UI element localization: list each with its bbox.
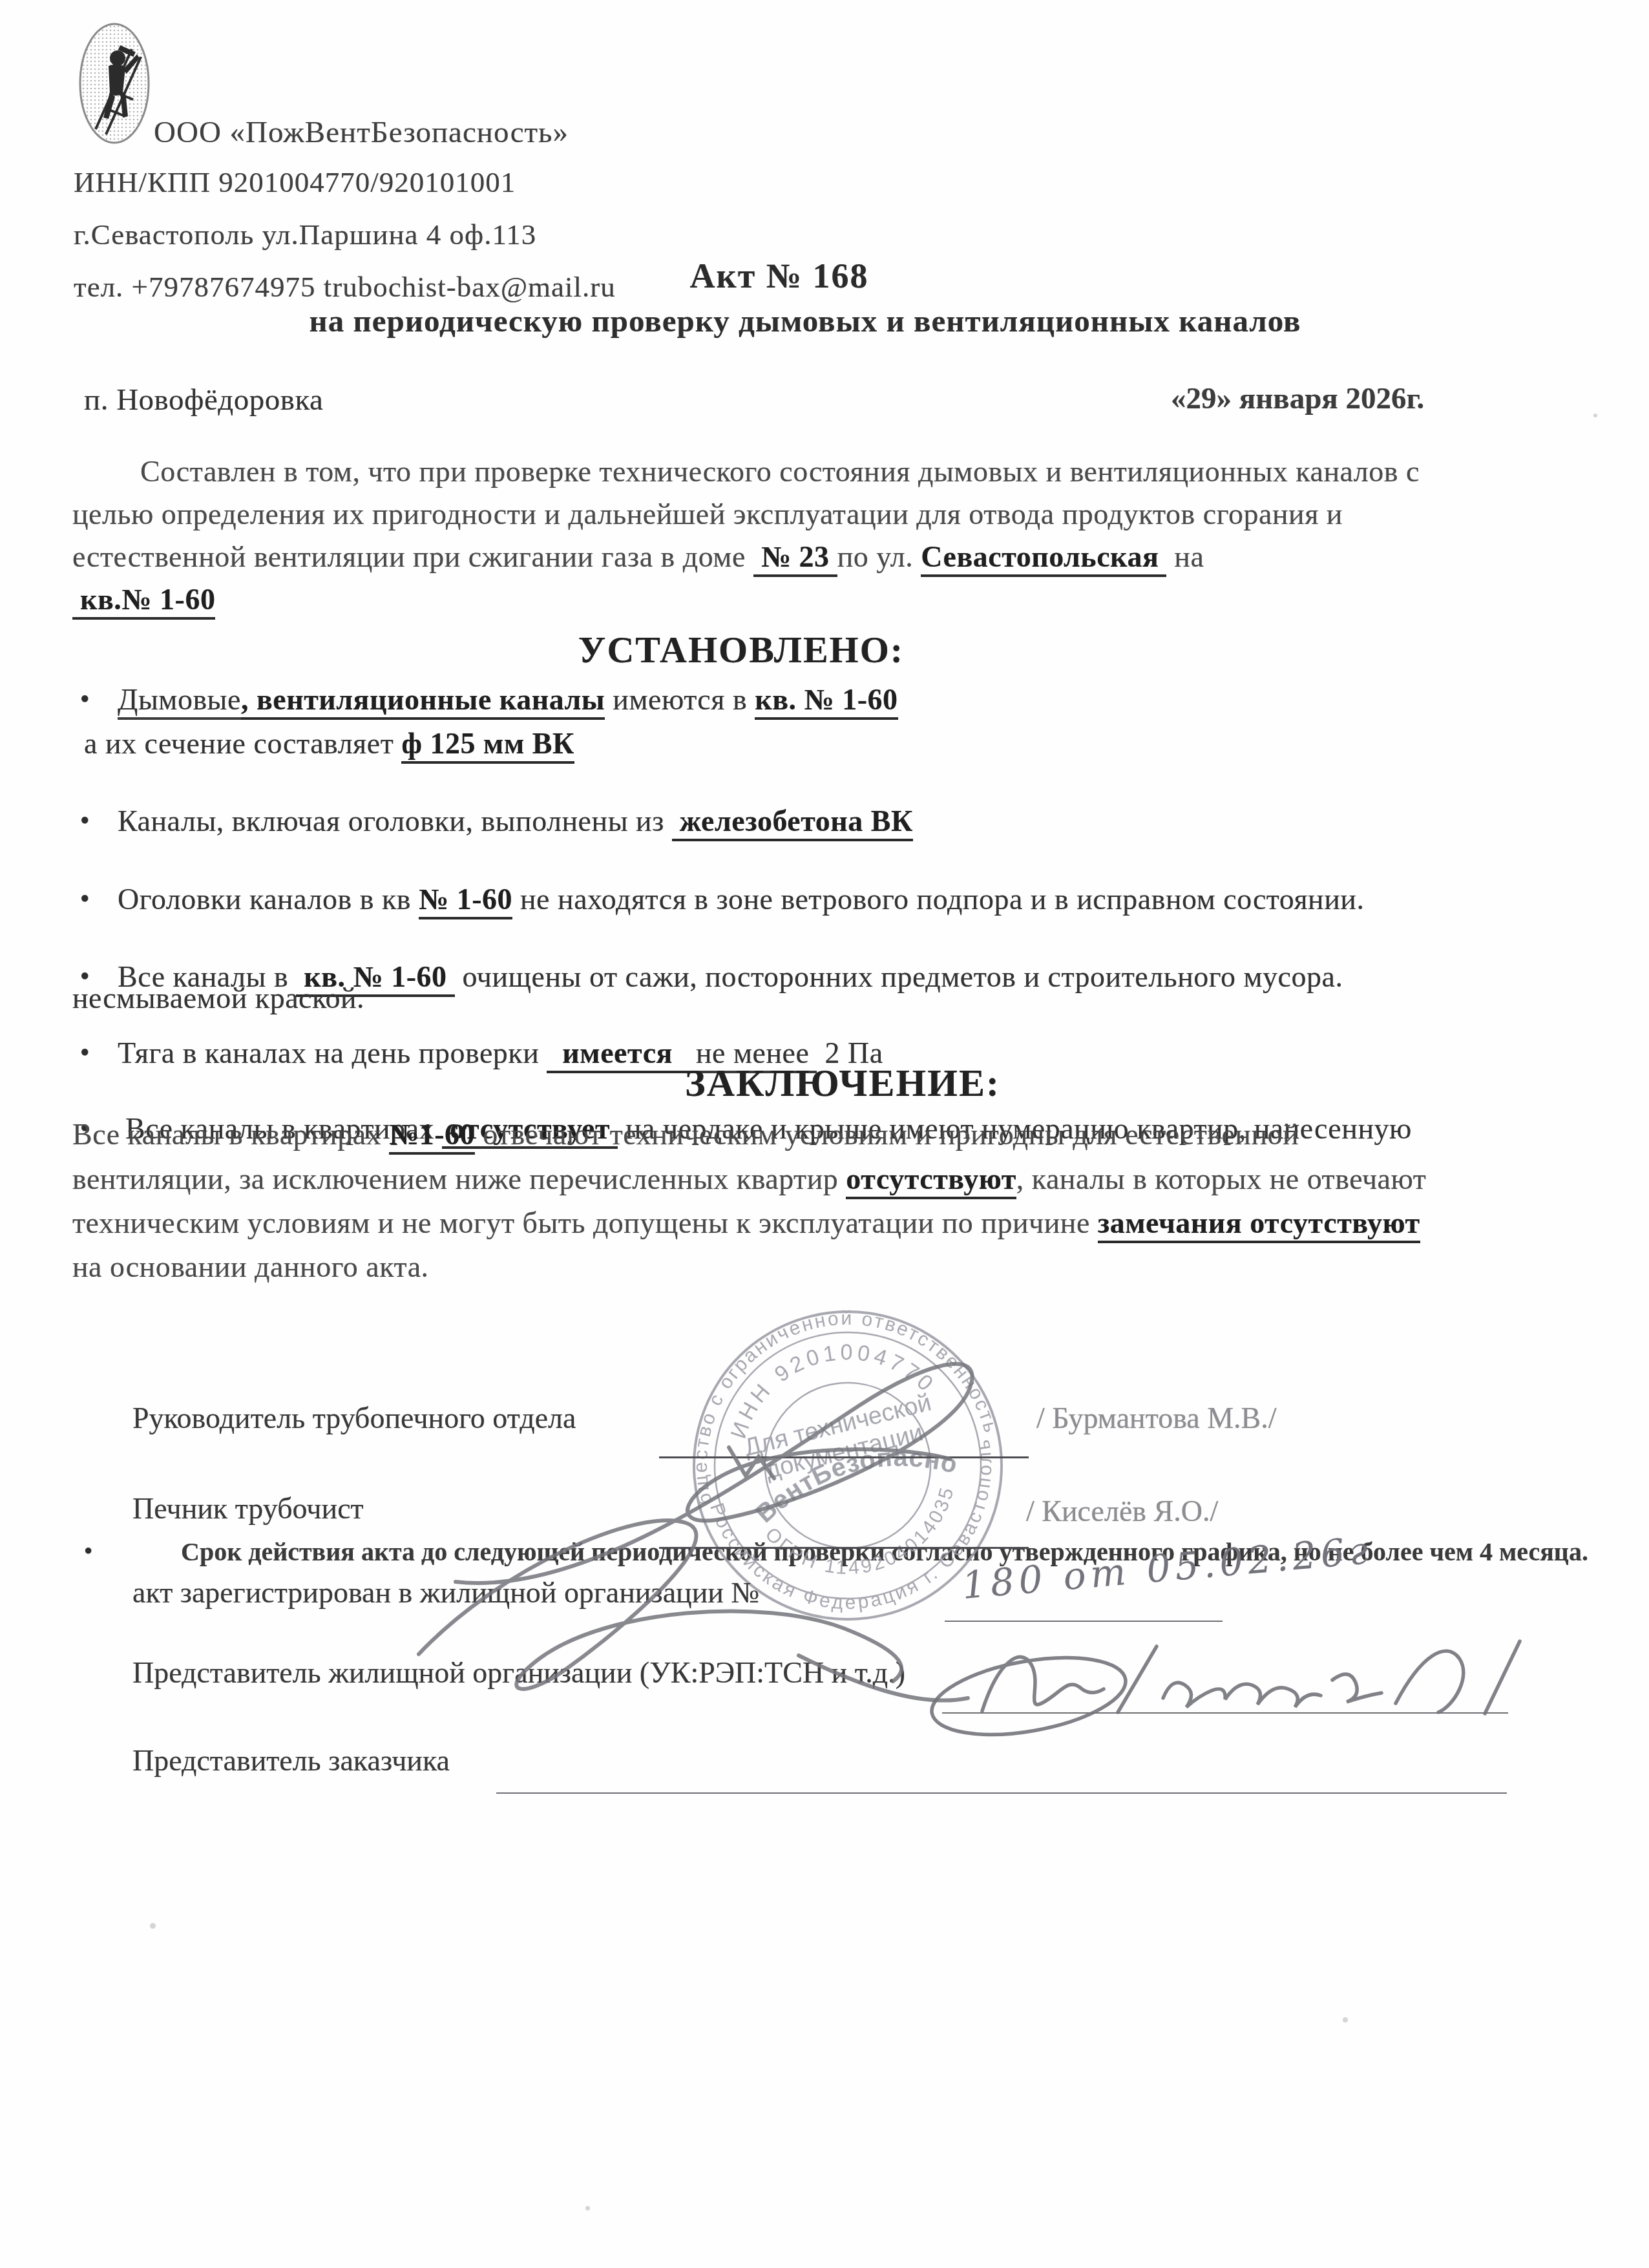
text-segment: а их сечение составляет — [84, 727, 401, 760]
company-name: ООО «ПожВентБезопасность» — [154, 115, 569, 150]
act-date: «29» января 2026г. — [1171, 381, 1424, 416]
text-segment: техническим условиям и не могут быть доп… — [72, 1206, 1098, 1239]
text-segment: Все каналы в квартирах — [72, 1118, 389, 1151]
conclusion-line-3: техническим условиям и не могут быть доп… — [72, 1206, 1420, 1240]
text-segment: Севастопольская — [921, 540, 1166, 577]
text-segment: Оголовки каналов в кв — [118, 883, 419, 916]
text-segment: , каналы в которых не отвечают — [1016, 1162, 1427, 1195]
text-segment: естественной вентиляции при сжигании газ… — [72, 540, 753, 573]
conclusion-line-4: на основании данного акта. — [72, 1250, 429, 1284]
text-segment: несмываемой краской. — [72, 982, 364, 1014]
text-segment: Дымовые — [118, 683, 241, 720]
sign-row-sweep-label: Печник трубочист — [132, 1491, 364, 1526]
text-segment: кв. № 1-60 — [755, 683, 898, 720]
text-segment: №1-60 — [389, 1118, 475, 1155]
scan-speck — [1343, 2017, 1348, 2022]
chimney-sweep-logo-icon — [78, 21, 151, 146]
conclusion-line-1: Все каналы в квартирах №1-60 отвечают те… — [72, 1117, 1299, 1151]
established-item-4: Оголовки каналов в кв № 1-60 не находятс… — [72, 882, 1649, 916]
intro-line-2: целью определения их пригодности и дальн… — [72, 497, 1343, 531]
established-item-3: Каналы, включая оголовки, выполнены из ж… — [72, 804, 1649, 838]
scan-speck — [585, 2206, 590, 2210]
text-segment: отсутствуют — [846, 1162, 1016, 1199]
text-segment: по ул. — [837, 540, 921, 573]
scan-speck — [1593, 414, 1597, 417]
text-segment: не находятся в зоне ветрового подпора и … — [512, 883, 1364, 916]
text-segment: ф 125 мм ВК — [401, 727, 574, 764]
act-title: Акт № 168 — [0, 256, 1604, 296]
text-segment: отвечают техническим условиям и пригодны… — [475, 1118, 1299, 1151]
text-segment: целью определения их пригодности и дальн… — [72, 498, 1343, 530]
text-segment: на — [1166, 540, 1204, 573]
text-segment: имеются в — [605, 683, 755, 716]
text-segment: Каналы, включая оголовки, выполнены из — [118, 804, 672, 837]
text-segment: на основании данного акта. — [72, 1250, 429, 1283]
text-segment: № 1-60 — [419, 883, 512, 919]
text-segment: , вентиляционные каналы — [241, 683, 605, 720]
scan-speck — [150, 1923, 156, 1929]
intro-line-3: естественной вентиляции при сжигании газ… — [72, 540, 1204, 574]
text-segment: Составлен в том, что при проверке технич… — [140, 455, 1420, 488]
established-heading: УСТАНОВЛЕНО: — [0, 628, 1566, 671]
text-segment: замечания отсутствуют — [1098, 1206, 1420, 1243]
text-segment: железобетона ВК — [672, 804, 913, 841]
scanned-act-document: ООО «ПожВентБезопасность» ИНН/КПП 920100… — [0, 0, 1649, 2268]
signature-scribble-housing-rep — [905, 1615, 1551, 1777]
text-segment: очищены от сажи, посторонних предметов и… — [455, 960, 1343, 993]
act-place: п. Новофёдоровка — [84, 383, 323, 417]
conclusion-line-2: вентиляции, за исключением ниже перечисл… — [72, 1162, 1426, 1196]
text-segment: кв.№ 1-60 — [72, 583, 215, 620]
established-item-2: а их сечение составляет ф 125 мм ВК — [84, 726, 574, 761]
company-address: г.Севастополь ул.Паршина 4 оф.113 — [74, 218, 536, 251]
intro-line-4: кв.№ 1-60 — [72, 582, 215, 616]
established-item-7-cont: несмываемой краской. — [72, 981, 364, 1015]
intro-line-1: Составлен в том, что при проверке технич… — [72, 454, 1420, 488]
company-inn-kpp: ИНН/КПП 9201004770/920101001 — [74, 165, 516, 199]
text-segment: № 23 — [753, 540, 837, 577]
conclusion-heading: ЗАКЛЮЧЕНИЕ: — [18, 1061, 1649, 1106]
established-item-1: Дымовые, вентиляционные каналы имеются в… — [72, 682, 1649, 717]
act-subtitle: на периодическую проверку дымовых и вент… — [0, 302, 1630, 339]
customer-representative-line — [496, 1792, 1507, 1794]
text-segment: вентиляции, за исключением ниже перечисл… — [72, 1162, 846, 1195]
